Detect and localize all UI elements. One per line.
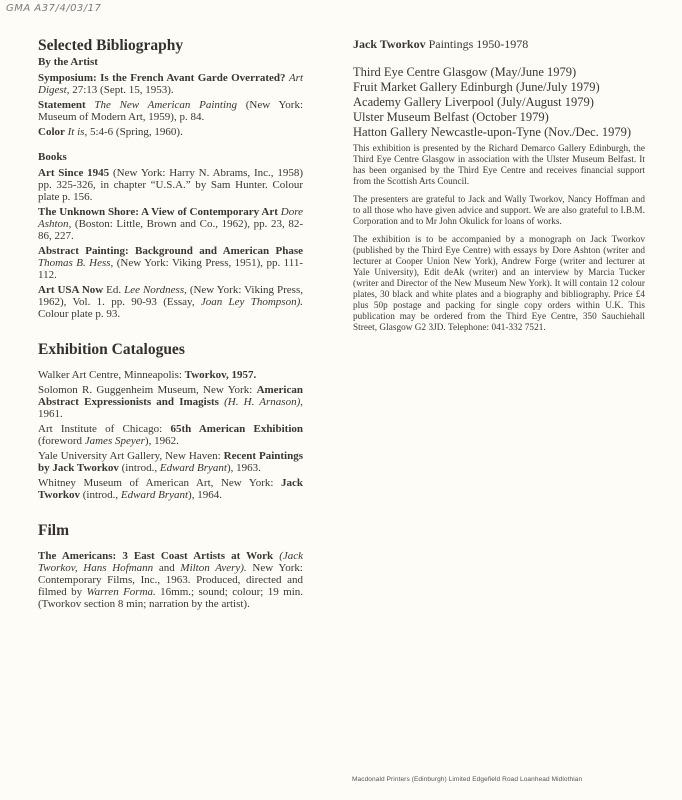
catalogue-entry: Solomon R. Guggenheim Museum, New York: … <box>38 384 303 420</box>
exhibition-title: Jack Tworkov Paintings 1950-1978 <box>353 37 645 51</box>
acknowledgements-paragraph: The presenters are grateful to Jack and … <box>353 194 645 227</box>
bibliography-column: Selected Bibliography By the Artist Symp… <box>38 37 303 613</box>
bibliography-entry: Symposium: Is the French Avant Garde Ove… <box>38 72 303 96</box>
bibliography-entry: Color It is, 5:4-6 (Spring, 1960). <box>38 126 303 138</box>
venue-item: Academy Gallery Liverpool (July/August 1… <box>353 95 645 110</box>
by-artist-heading: By the Artist <box>38 56 303 69</box>
venue-item: Fruit Market Gallery Edinburgh (June/Jul… <box>353 80 645 95</box>
printer-imprint: Macdonald Printers (Edinburgh) Limited E… <box>352 776 582 783</box>
book-entry: Art Since 1945 (New York: Harry N. Abram… <box>38 167 303 203</box>
bibliography-entry: Statement The New American Painting (New… <box>38 99 303 123</box>
presenters-paragraph: This exhibition is presented by the Rich… <box>353 143 645 187</box>
venue-list: Third Eye Centre Glasgow (May/June 1979)… <box>353 65 645 140</box>
catalogue-entry: Whitney Museum of American Art, New York… <box>38 477 303 501</box>
catalogue-entry: Walker Art Centre, Minneapolis: Tworkov,… <box>38 369 303 381</box>
catalogue-entry: Art Institute of Chicago: 65th American … <box>38 423 303 447</box>
venue-item: Hatton Gallery Newcastle-upon-Tyne (Nov.… <box>353 125 645 140</box>
catalogue-entry: Yale University Art Gallery, New Haven: … <box>38 450 303 474</box>
book-entry: The Unknown Shore: A View of Contemporar… <box>38 206 303 242</box>
venue-item: Ulster Museum Belfast (October 1979) <box>353 110 645 125</box>
venue-item: Third Eye Centre Glasgow (May/June 1979) <box>353 65 645 80</box>
film-entry: The Americans: 3 East Coast Artists at W… <box>38 550 303 610</box>
bibliography-title: Selected Bibliography <box>38 37 303 55</box>
books-heading: Books <box>38 151 303 164</box>
archive-reference: GMA A37/4/03/17 <box>6 3 101 14</box>
monograph-paragraph: The exhibition is to be accompanied by a… <box>353 234 645 333</box>
catalogues-title: Exhibition Catalogues <box>38 341 303 359</box>
exhibition-column: Jack Tworkov Paintings 1950-1978 Third E… <box>353 37 645 340</box>
book-entry: Art USA Now Ed. Lee Nordness, (New York:… <box>38 284 303 320</box>
book-entry: Abstract Painting: Background and Americ… <box>38 245 303 281</box>
film-title: Film <box>38 522 303 540</box>
